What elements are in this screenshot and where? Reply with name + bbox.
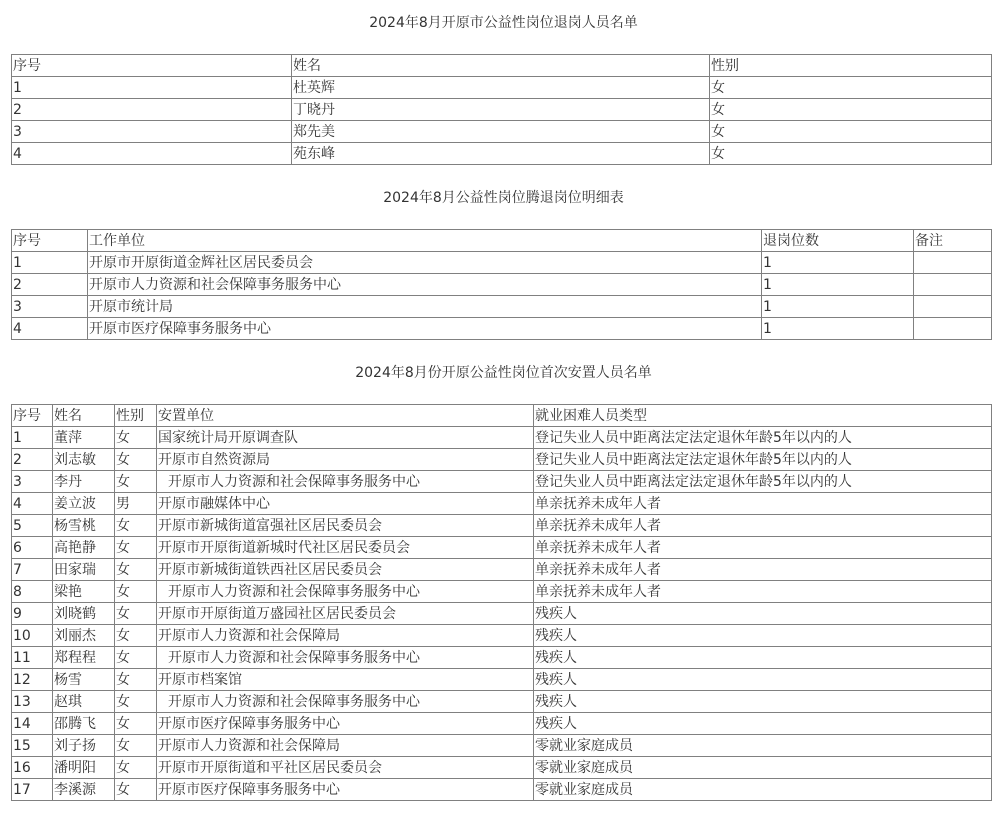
cell-index: 4 — [12, 143, 292, 165]
cell-placement-unit: 开原市人力资源和社会保障局 — [157, 625, 534, 647]
cell-work-unit: 开原市医疗保障事务服务中心 — [88, 318, 762, 340]
cell-placement-unit: 开原市人力资源和社会保障事务服务中心 — [157, 581, 534, 603]
cell-name: 刘志敏 — [53, 449, 115, 471]
cell-name: 郑先美 — [292, 121, 710, 143]
cell-gender: 女 — [115, 581, 157, 603]
cell-placement-unit: 开原市医疗保障事务服务中心 — [157, 779, 534, 801]
cell-placement-unit: 开原市开原街道和平社区居民委员会 — [157, 757, 534, 779]
cell-name: 赵琪 — [53, 691, 115, 713]
cell-placement-unit: 国家统计局开原调查队 — [157, 427, 534, 449]
header-index: 序号 — [12, 55, 292, 77]
cell-difficulty-type: 单亲抚养未成年人者 — [534, 493, 992, 515]
cell-index: 3 — [12, 296, 88, 318]
cell-index: 9 — [12, 603, 53, 625]
cell-name: 李溪源 — [53, 779, 115, 801]
cell-index: 13 — [12, 691, 53, 713]
cell-remarks — [914, 318, 992, 340]
table-row: 1 开原市开原街道金辉社区居民委员会 1 — [12, 252, 992, 274]
cell-index: 3 — [12, 121, 292, 143]
cell-placement-unit: 开原市档案馆 — [157, 669, 534, 691]
cell-name: 刘晓鹤 — [53, 603, 115, 625]
cell-name: 杜英辉 — [292, 77, 710, 99]
table-row: 1 董萍 女 国家统计局开原调查队 登记失业人员中距离法定法定退休年龄5年以内的… — [12, 427, 992, 449]
cell-difficulty-type: 单亲抚养未成年人者 — [534, 559, 992, 581]
table-row: 13 赵琪 女 开原市人力资源和社会保障事务服务中心 残疾人 — [12, 691, 992, 713]
table-row: 17 李溪源 女 开原市医疗保障事务服务中心 零就业家庭成员 — [12, 779, 992, 801]
cell-placement-unit: 开原市融媒体中心 — [157, 493, 534, 515]
cell-difficulty-type: 残疾人 — [534, 691, 992, 713]
table-header-row: 序号 工作单位 退岗位数 备注 — [12, 230, 992, 252]
cell-name: 董萍 — [53, 427, 115, 449]
header-vacated-count: 退岗位数 — [762, 230, 914, 252]
cell-index: 2 — [12, 99, 292, 121]
cell-name: 苑东峰 — [292, 143, 710, 165]
cell-work-unit: 开原市人力资源和社会保障事务服务中心 — [88, 274, 762, 296]
table-row: 6 高艳静 女 开原市开原街道新城时代社区居民委员会 单亲抚养未成年人者 — [12, 537, 992, 559]
cell-index: 3 — [12, 471, 53, 493]
cell-index: 1 — [12, 252, 88, 274]
cell-placement-unit: 开原市自然资源局 — [157, 449, 534, 471]
table1-title: 2024年8月开原市公益性岗位退岗人员名单 — [0, 14, 1007, 32]
cell-gender: 女 — [710, 121, 992, 143]
table-row: 5 杨雪桃 女 开原市新城街道富强社区居民委员会 单亲抚养未成年人者 — [12, 515, 992, 537]
table-row: 1 杜英辉 女 — [12, 77, 992, 99]
cell-gender: 女 — [115, 713, 157, 735]
table-row: 16 潘明阳 女 开原市开原街道和平社区居民委员会 零就业家庭成员 — [12, 757, 992, 779]
header-remarks: 备注 — [914, 230, 992, 252]
cell-name: 丁晓丹 — [292, 99, 710, 121]
cell-name: 潘明阳 — [53, 757, 115, 779]
header-gender: 性别 — [710, 55, 992, 77]
cell-gender: 女 — [115, 625, 157, 647]
cell-name: 杨雪 — [53, 669, 115, 691]
cell-difficulty-type: 单亲抚养未成年人者 — [534, 581, 992, 603]
cell-difficulty-type: 残疾人 — [534, 625, 992, 647]
cell-name: 刘丽杰 — [53, 625, 115, 647]
cell-difficulty-type: 登记失业人员中距离法定法定退休年龄5年以内的人 — [534, 471, 992, 493]
cell-name: 刘子扬 — [53, 735, 115, 757]
cell-difficulty-type: 零就业家庭成员 — [534, 757, 992, 779]
cell-index: 4 — [12, 318, 88, 340]
cell-vacated-count: 1 — [762, 252, 914, 274]
cell-difficulty-type: 登记失业人员中距离法定法定退休年龄5年以内的人 — [534, 427, 992, 449]
table3-title: 2024年8月份开原公益性岗位首次安置人员名单 — [0, 364, 1007, 382]
table-row: 2 丁晓丹 女 — [12, 99, 992, 121]
header-name: 姓名 — [292, 55, 710, 77]
cell-work-unit: 开原市开原街道金辉社区居民委员会 — [88, 252, 762, 274]
table-row: 4 开原市医疗保障事务服务中心 1 — [12, 318, 992, 340]
cell-remarks — [914, 274, 992, 296]
cell-placement-unit: 开原市人力资源和社会保障事务服务中心 — [157, 691, 534, 713]
cell-name: 梁艳 — [53, 581, 115, 603]
vacated-positions-table: 序号 工作单位 退岗位数 备注 1 开原市开原街道金辉社区居民委员会 1 2 开… — [11, 229, 992, 340]
cell-gender: 女 — [710, 143, 992, 165]
cell-index: 16 — [12, 757, 53, 779]
cell-placement-unit: 开原市医疗保障事务服务中心 — [157, 713, 534, 735]
first-placement-table: 序号 姓名 性别 安置单位 就业困难人员类型 1 董萍 女 国家统计局开原调查队… — [11, 404, 992, 801]
cell-index: 2 — [12, 449, 53, 471]
header-index: 序号 — [12, 405, 53, 427]
header-work-unit: 工作单位 — [88, 230, 762, 252]
table-row: 9 刘晓鹤 女 开原市开原街道万盛园社区居民委员会 残疾人 — [12, 603, 992, 625]
cell-placement-unit: 开原市人力资源和社会保障事务服务中心 — [157, 647, 534, 669]
cell-index: 12 — [12, 669, 53, 691]
cell-difficulty-type: 残疾人 — [534, 603, 992, 625]
cell-index: 11 — [12, 647, 53, 669]
cell-gender: 女 — [115, 427, 157, 449]
cell-gender: 女 — [115, 559, 157, 581]
cell-gender: 女 — [115, 537, 157, 559]
cell-index: 2 — [12, 274, 88, 296]
table-row: 14 邵腾飞 女 开原市医疗保障事务服务中心 残疾人 — [12, 713, 992, 735]
cell-gender: 女 — [115, 515, 157, 537]
cell-placement-unit: 开原市新城街道铁西社区居民委员会 — [157, 559, 534, 581]
table-row: 10 刘丽杰 女 开原市人力资源和社会保障局 残疾人 — [12, 625, 992, 647]
cell-index: 15 — [12, 735, 53, 757]
cell-name: 姜立波 — [53, 493, 115, 515]
table-row: 4 苑东峰 女 — [12, 143, 992, 165]
header-difficulty-type: 就业困难人员类型 — [534, 405, 992, 427]
table-row: 2 开原市人力资源和社会保障事务服务中心 1 — [12, 274, 992, 296]
header-placement-unit: 安置单位 — [157, 405, 534, 427]
header-gender: 性别 — [115, 405, 157, 427]
table-row: 3 李丹 女 开原市人力资源和社会保障事务服务中心 登记失业人员中距离法定法定退… — [12, 471, 992, 493]
table2-title: 2024年8月公益性岗位腾退岗位明细表 — [0, 189, 1007, 207]
cell-index: 7 — [12, 559, 53, 581]
cell-vacated-count: 1 — [762, 318, 914, 340]
table-header-row: 序号 姓名 性别 安置单位 就业困难人员类型 — [12, 405, 992, 427]
cell-gender: 女 — [710, 77, 992, 99]
cell-gender: 女 — [115, 757, 157, 779]
cell-name: 高艳静 — [53, 537, 115, 559]
cell-index: 6 — [12, 537, 53, 559]
header-name: 姓名 — [53, 405, 115, 427]
cell-index: 4 — [12, 493, 53, 515]
cell-name: 杨雪桃 — [53, 515, 115, 537]
cell-placement-unit: 开原市开原街道万盛园社区居民委员会 — [157, 603, 534, 625]
cell-name: 邵腾飞 — [53, 713, 115, 735]
cell-difficulty-type: 残疾人 — [534, 647, 992, 669]
cell-gender: 女 — [115, 449, 157, 471]
cell-index: 10 — [12, 625, 53, 647]
cell-difficulty-type: 零就业家庭成员 — [534, 735, 992, 757]
cell-difficulty-type: 零就业家庭成员 — [534, 779, 992, 801]
cell-placement-unit: 开原市开原街道新城时代社区居民委员会 — [157, 537, 534, 559]
cell-name: 田家瑞 — [53, 559, 115, 581]
cell-placement-unit: 开原市人力资源和社会保障事务服务中心 — [157, 471, 534, 493]
cell-index: 17 — [12, 779, 53, 801]
table-row: 7 田家瑞 女 开原市新城街道铁西社区居民委员会 单亲抚养未成年人者 — [12, 559, 992, 581]
header-index: 序号 — [12, 230, 88, 252]
cell-vacated-count: 1 — [762, 274, 914, 296]
cell-difficulty-type: 残疾人 — [534, 669, 992, 691]
cell-gender: 女 — [710, 99, 992, 121]
table-row: 12 杨雪 女 开原市档案馆 残疾人 — [12, 669, 992, 691]
cell-index: 5 — [12, 515, 53, 537]
cell-gender: 女 — [115, 471, 157, 493]
cell-gender: 女 — [115, 603, 157, 625]
cell-remarks — [914, 296, 992, 318]
table-row: 3 郑先美 女 — [12, 121, 992, 143]
cell-difficulty-type: 残疾人 — [534, 713, 992, 735]
cell-difficulty-type: 单亲抚养未成年人者 — [534, 515, 992, 537]
table-header-row: 序号 姓名 性别 — [12, 55, 992, 77]
cell-gender: 男 — [115, 493, 157, 515]
table-row: 4 姜立波 男 开原市融媒体中心 单亲抚养未成年人者 — [12, 493, 992, 515]
cell-index: 1 — [12, 77, 292, 99]
cell-difficulty-type: 登记失业人员中距离法定法定退休年龄5年以内的人 — [534, 449, 992, 471]
cell-gender: 女 — [115, 691, 157, 713]
table-row: 3 开原市统计局 1 — [12, 296, 992, 318]
cell-gender: 女 — [115, 735, 157, 757]
cell-vacated-count: 1 — [762, 296, 914, 318]
cell-gender: 女 — [115, 669, 157, 691]
table-row: 11 郑程程 女 开原市人力资源和社会保障事务服务中心 残疾人 — [12, 647, 992, 669]
cell-name: 李丹 — [53, 471, 115, 493]
cell-index: 14 — [12, 713, 53, 735]
cell-remarks — [914, 252, 992, 274]
cell-work-unit: 开原市统计局 — [88, 296, 762, 318]
cell-placement-unit: 开原市新城街道富强社区居民委员会 — [157, 515, 534, 537]
cell-difficulty-type: 单亲抚养未成年人者 — [534, 537, 992, 559]
cell-index: 8 — [12, 581, 53, 603]
cell-placement-unit: 开原市人力资源和社会保障局 — [157, 735, 534, 757]
table-row: 15 刘子扬 女 开原市人力资源和社会保障局 零就业家庭成员 — [12, 735, 992, 757]
cell-gender: 女 — [115, 779, 157, 801]
table-row: 2 刘志敏 女 开原市自然资源局 登记失业人员中距离法定法定退休年龄5年以内的人 — [12, 449, 992, 471]
cell-index: 1 — [12, 427, 53, 449]
cell-gender: 女 — [115, 647, 157, 669]
cell-name: 郑程程 — [53, 647, 115, 669]
retired-staff-table: 序号 姓名 性别 1 杜英辉 女 2 丁晓丹 女 3 郑先美 女 4 苑东峰 女 — [11, 54, 992, 165]
table-row: 8 梁艳 女 开原市人力资源和社会保障事务服务中心 单亲抚养未成年人者 — [12, 581, 992, 603]
